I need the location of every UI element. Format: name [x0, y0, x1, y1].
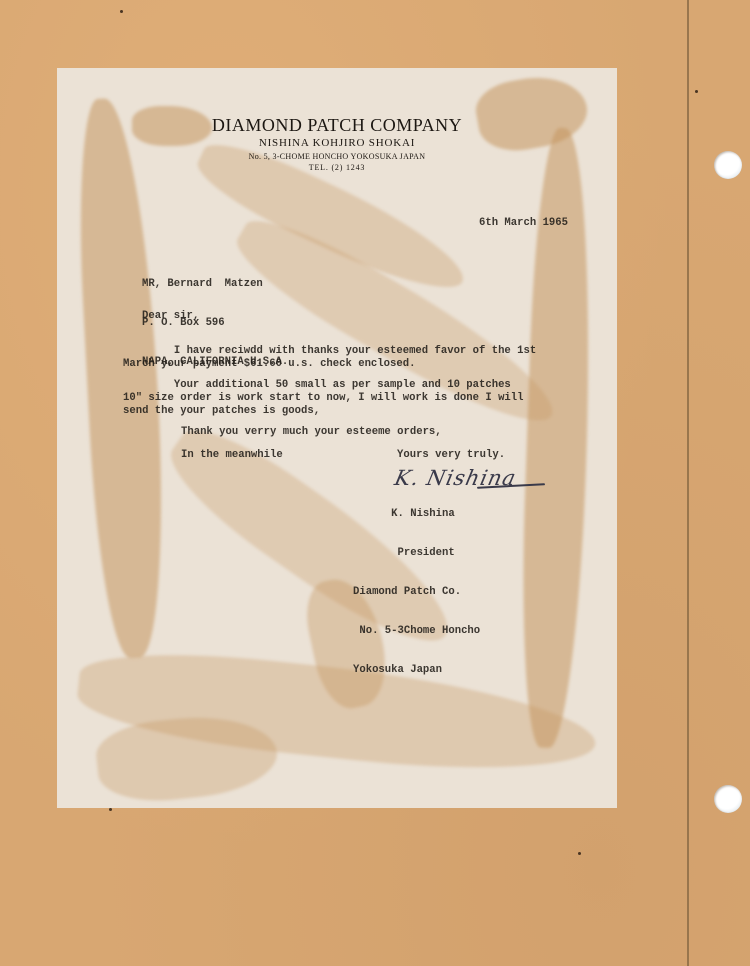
paper-speck [120, 10, 123, 13]
recipient-address: MR, Bernard Matzen P. O. Box 596 NAPA, C… [142, 252, 288, 395]
letter-content: DIAMOND PATCH COMPANY NISHINA KOHJIRO SH… [57, 68, 617, 808]
folder-fold-line [687, 0, 689, 966]
paper-speck [109, 808, 112, 811]
signature-line: No. 5-3Chome Honcho [353, 625, 480, 638]
salutation: Dear sir, [142, 310, 199, 323]
signature-line: Yokosuka Japan [353, 664, 480, 677]
paper-speck [578, 852, 581, 855]
letterhead-company: DIAMOND PATCH COMPANY [57, 115, 617, 136]
body-paragraph: Thank you verry much your esteeme orders… [181, 426, 442, 439]
body-paragraph: I have reciwdd with thanks your esteemed… [123, 345, 536, 371]
signature-block: K. Nishina President Diamond Patch Co. N… [353, 482, 480, 703]
letter-sheet: DIAMOND PATCH COMPANY NISHINA KOHJIRO SH… [57, 68, 617, 808]
paper-speck [695, 90, 698, 93]
letterhead-address: No. 5, 3-CHOME HONCHO YOKOSUKA JAPAN [57, 152, 617, 161]
recipient-line: MR, Bernard Matzen [142, 278, 288, 291]
letterhead-subtitle: NISHINA KOHJIRO SHOKAI [57, 137, 617, 149]
signature-line: Diamond Patch Co. [353, 586, 480, 599]
punch-hole-top [714, 151, 742, 179]
body-paragraph: Your additional 50 small as per sample a… [123, 379, 524, 418]
punch-hole-bottom [714, 785, 742, 813]
body-paragraph: In the meanwhile [181, 449, 283, 462]
letterhead-telephone: TEL. (2) 1243 [57, 163, 617, 172]
closing: Yours very truly. [397, 449, 505, 462]
letter-date: 6th March 1965 [479, 217, 568, 230]
signature-line: President [353, 547, 480, 560]
signature-line: K. Nishina [353, 508, 480, 521]
